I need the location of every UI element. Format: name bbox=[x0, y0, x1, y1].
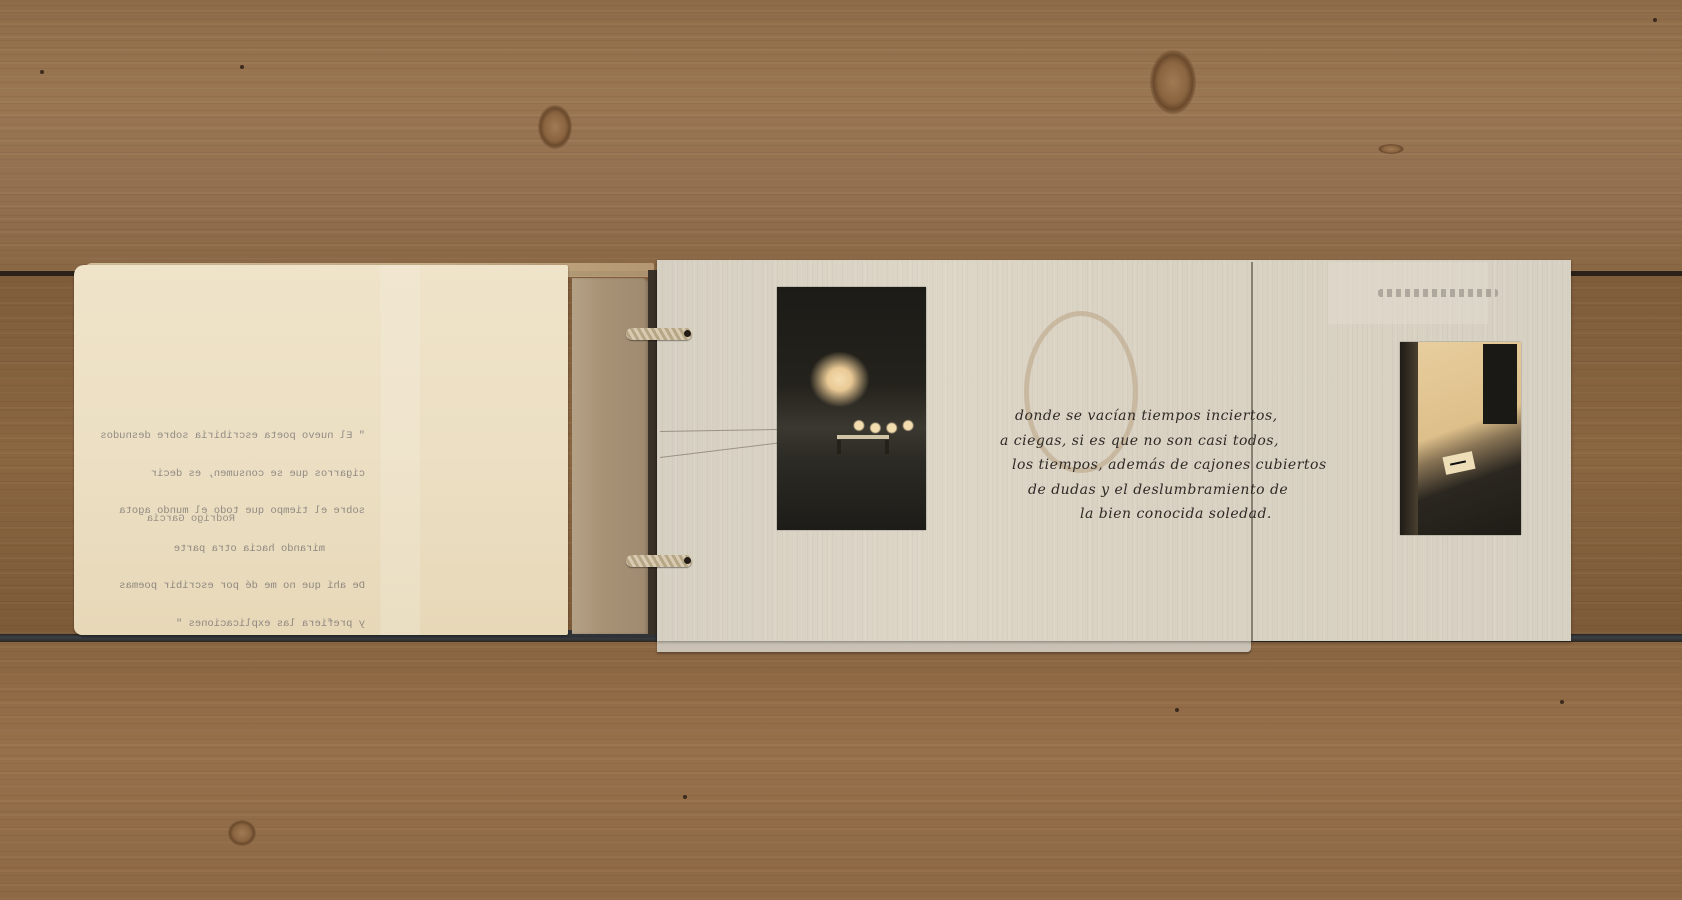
dark-window bbox=[1483, 344, 1517, 424]
park-bench-night-photo bbox=[777, 287, 926, 530]
handwritten-poem: donde se vacían tiempos inciertos, a cie… bbox=[1000, 404, 1400, 527]
wood-plank-top bbox=[0, 0, 1682, 272]
wall-shadow bbox=[1400, 342, 1418, 535]
handwritten-line: a ciegas, si es que no son casi todos, bbox=[1000, 429, 1400, 454]
nail-hole bbox=[40, 70, 44, 74]
picnic-table-top bbox=[837, 435, 889, 439]
faint-stamp-marks bbox=[1378, 289, 1498, 297]
nail-hole bbox=[240, 65, 244, 69]
typed-line: cigarros que se consumen, es decir bbox=[105, 468, 365, 481]
binding-rope-top bbox=[626, 328, 692, 340]
handwritten-line: de dudas y el deslumbramiento de bbox=[1000, 478, 1400, 503]
typed-signature: Rodrigo García bbox=[135, 513, 235, 525]
photo-scene: " El nuevo poeta escribiría sobre desnud… bbox=[0, 0, 1682, 900]
wood-knot bbox=[228, 820, 256, 846]
wood-knot bbox=[1378, 144, 1404, 154]
desk-note-photo bbox=[1400, 342, 1521, 535]
rope-hole bbox=[684, 330, 691, 337]
rope-hole bbox=[684, 557, 691, 564]
typed-line: " El nuevo poeta escribiría sobre desnud… bbox=[105, 430, 365, 443]
wood-knot bbox=[1150, 50, 1196, 114]
nail-hole bbox=[1653, 18, 1657, 22]
wood-knot bbox=[538, 105, 572, 149]
nail-hole bbox=[1560, 700, 1564, 704]
typed-line: y prefiera las explicaciones " bbox=[105, 618, 365, 631]
handwritten-line: la bien conocida soledad. bbox=[1000, 502, 1400, 527]
binding-rope-bottom bbox=[626, 555, 692, 567]
nail-hole bbox=[683, 795, 687, 799]
mirrored-typed-poem: " El nuevo poeta escribiría sobre desnud… bbox=[105, 405, 365, 655]
typed-line: De ahí que no me dé por escribir poemas bbox=[105, 580, 365, 593]
wood-plank-bottom bbox=[0, 642, 1682, 900]
typed-line: mirando hacia otra parte bbox=[105, 543, 365, 556]
handwritten-line: los tiempos, además de cajones cubiertos bbox=[1000, 453, 1400, 478]
nail-hole bbox=[1175, 708, 1179, 712]
picnic-table-legs bbox=[837, 440, 889, 454]
handwritten-line: donde se vacían tiempos inciertos, bbox=[1000, 404, 1400, 429]
